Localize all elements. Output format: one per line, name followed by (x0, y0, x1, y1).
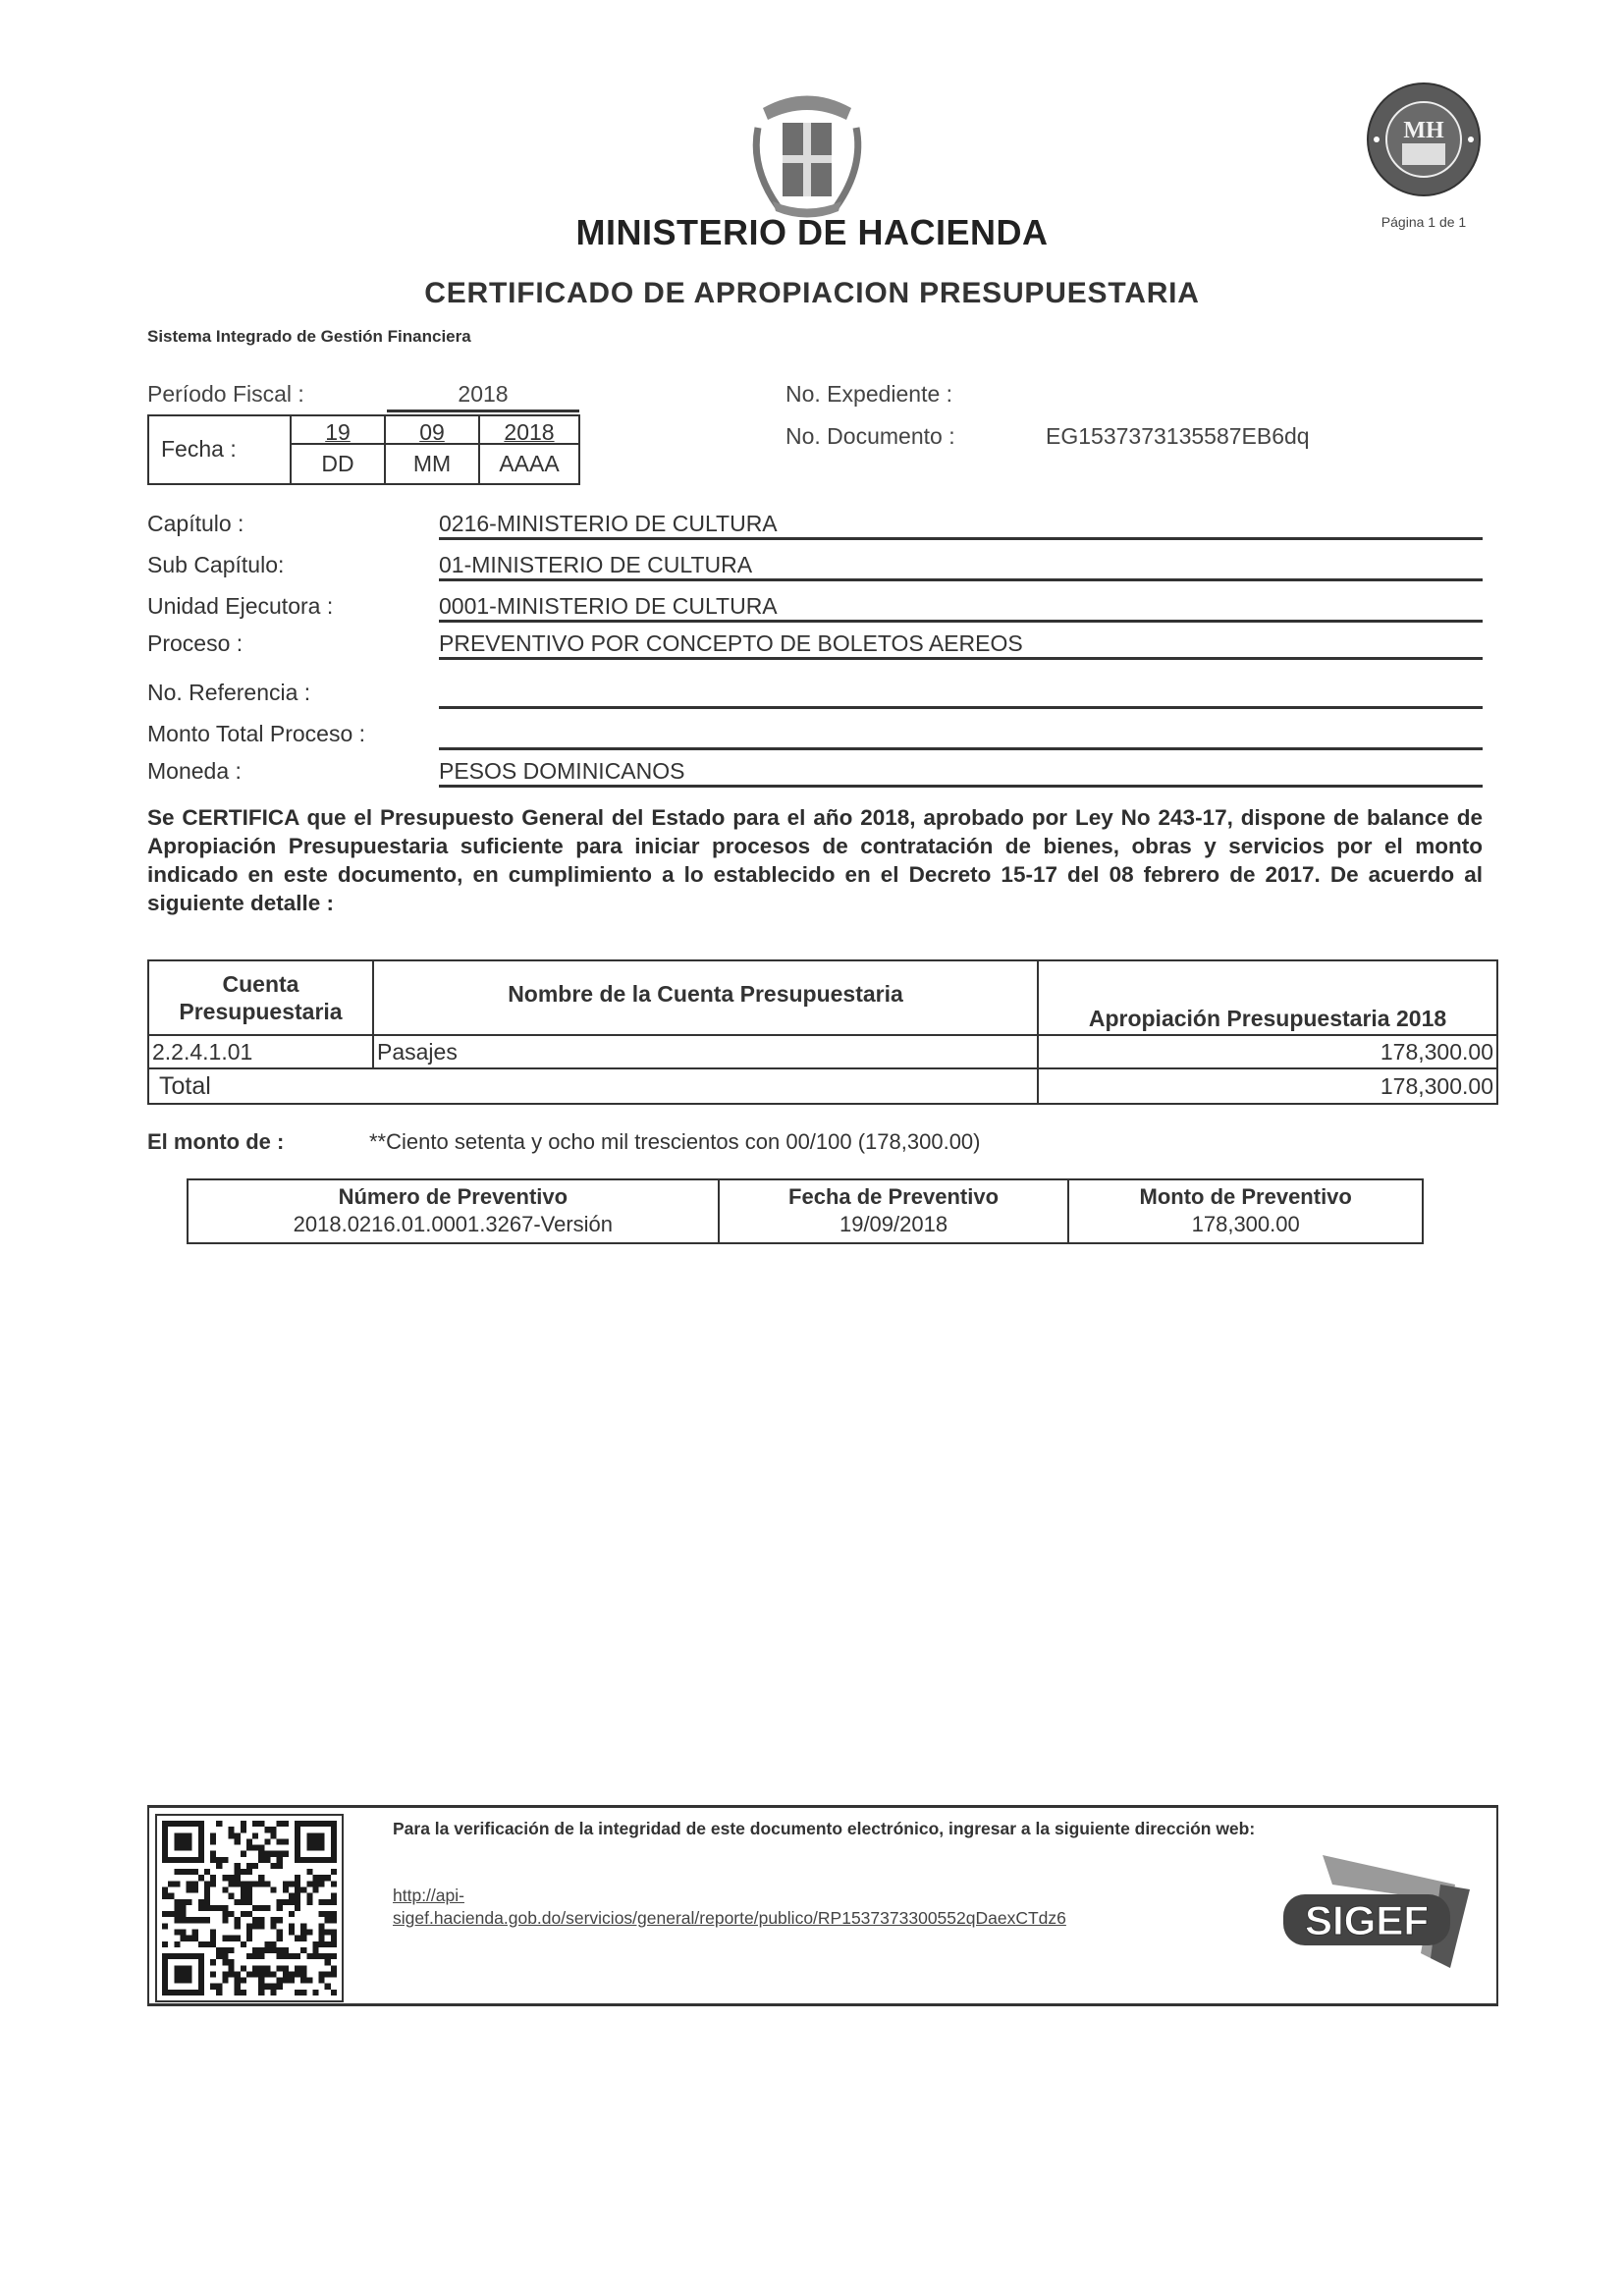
cell-monto: 178,300.00 (1038, 1035, 1497, 1068)
fecha-year: 2018 (478, 416, 578, 445)
url-line-2[interactable]: sigef.hacienda.gob.do/servicios/general/… (393, 1908, 1066, 1928)
fecha-preventivo: 19/09/2018 (719, 1210, 1069, 1243)
table-row: 2.2.4.1.01 Pasajes 178,300.00 (148, 1035, 1497, 1068)
field-label: Unidad Ejecutora : (147, 593, 333, 620)
monto-in-words: **Ciento setenta y ocho mil trescientos … (369, 1129, 981, 1155)
field-value (439, 713, 1483, 750)
header-apropiacion: Apropiación Presupuestaria 2018 (1038, 960, 1497, 1035)
field-no-referencia: No. Referencia : (147, 672, 1483, 713)
url-line-1[interactable]: http://api- (393, 1886, 464, 1905)
fecha-month-caption: MM (384, 445, 478, 483)
qr-code-icon (155, 1814, 344, 2002)
monto-preventivo: 178,300.00 (1068, 1210, 1423, 1243)
fecha-month: 09 (384, 416, 478, 445)
field-value: 01-MINISTERIO DE CULTURA (439, 544, 1483, 581)
preventivo-value-row: 2018.0216.01.0001.3267-Versión 19/09/201… (188, 1210, 1423, 1243)
coat-of-arms-logo (738, 79, 876, 226)
field-label: No. Referencia : (147, 680, 310, 706)
field-label: Sub Capítulo: (147, 552, 284, 578)
monto-label: El monto de : (147, 1129, 284, 1155)
header-nombre: Nombre de la Cuenta Presupuestaria (373, 960, 1038, 1035)
field-value (439, 672, 1483, 709)
svg-text:SIGEF: SIGEF (1305, 1897, 1429, 1943)
preventivo-header-row: Número de Preventivo Fecha de Preventivo… (188, 1179, 1423, 1210)
field-capitulo: Capítulo : 0216-MINISTERIO DE CULTURA (147, 503, 1483, 544)
accounts-table: Cuenta Presupuestaria Nombre de la Cuent… (147, 959, 1498, 1105)
verification-box: Para la verificación de la integridad de… (147, 1805, 1498, 2006)
fecha-day-caption: DD (290, 445, 384, 483)
ministry-title: MINISTERIO DE HACIENDA (0, 212, 1624, 253)
preventivo-table: Número de Preventivo Fecha de Preventivo… (187, 1178, 1424, 1244)
fecha-label: Fecha : (161, 436, 237, 463)
field-label: Proceso : (147, 630, 243, 657)
header-fecha-preventivo: Fecha de Preventivo (719, 1179, 1069, 1210)
fecha-grid: 19 09 2018 DD MM AAAA (290, 416, 578, 483)
fecha-day: 19 (290, 416, 384, 445)
table-total-row: Total 178,300.00 (148, 1068, 1497, 1104)
field-value: 0216-MINISTERIO DE CULTURA (439, 503, 1483, 540)
system-name: Sistema Integrado de Gestión Financiera (147, 327, 471, 347)
cell-cuenta: 2.2.4.1.01 (148, 1035, 373, 1068)
expediente-label: No. Expediente : (785, 381, 952, 408)
header-monto-preventivo: Monto de Preventivo (1068, 1179, 1423, 1210)
svg-text:MH: MH (1403, 118, 1444, 143)
verification-url-link[interactable]: http://api- sigef.hacienda.gob.do/servic… (393, 1885, 1198, 1930)
table-header-row: Cuenta Presupuestaria Nombre de la Cuent… (148, 960, 1497, 1035)
periodo-fiscal-value: 2018 (387, 381, 579, 412)
field-label: Monto Total Proceso : (147, 721, 365, 747)
field-value: PREVENTIVO POR CONCEPTO DE BOLETOS AEREO… (439, 623, 1483, 660)
field-proceso: Proceso : PREVENTIVO POR CONCEPTO DE BOL… (147, 623, 1483, 664)
header-numero-preventivo: Número de Preventivo (188, 1179, 719, 1210)
documento-value: EG1537373135587EB6dq (1046, 423, 1310, 450)
header-cuenta: Cuenta Presupuestaria (148, 960, 373, 1035)
verification-instructions: Para la verificación de la integridad de… (393, 1818, 1276, 1840)
total-value: 178,300.00 (1038, 1068, 1497, 1104)
documento-label: No. Documento : (785, 423, 955, 450)
field-sub-capitulo: Sub Capítulo: 01-MINISTERIO DE CULTURA (147, 544, 1483, 585)
total-label: Total (148, 1068, 1038, 1104)
field-label: Capítulo : (147, 511, 244, 537)
ministry-seal-logo: MH (1365, 81, 1483, 198)
field-label: Moneda : (147, 758, 242, 785)
field-value: 0001-MINISTERIO DE CULTURA (439, 585, 1483, 623)
certificate-title: CERTIFICADO DE APROPIACION PRESUPUESTARI… (0, 277, 1624, 310)
fecha-box: Fecha : 19 09 2018 DD MM AAAA (147, 414, 580, 485)
certification-paragraph: Se CERTIFICA que el Presupuesto General … (147, 803, 1483, 917)
sigef-logo: SIGEF (1273, 1845, 1489, 1973)
field-value: PESOS DOMINICANOS (439, 750, 1483, 788)
periodo-fiscal-label: Período Fiscal : (147, 381, 304, 408)
numero-preventivo: 2018.0216.01.0001.3267-Versión (188, 1210, 719, 1243)
field-moneda: Moneda : PESOS DOMINICANOS (147, 750, 1483, 792)
field-unidad-ejecutora: Unidad Ejecutora : 0001-MINISTERIO DE CU… (147, 585, 1483, 627)
field-monto-total-proceso: Monto Total Proceso : (147, 713, 1483, 754)
cell-nombre: Pasajes (373, 1035, 1038, 1068)
fecha-year-caption: AAAA (478, 445, 578, 483)
